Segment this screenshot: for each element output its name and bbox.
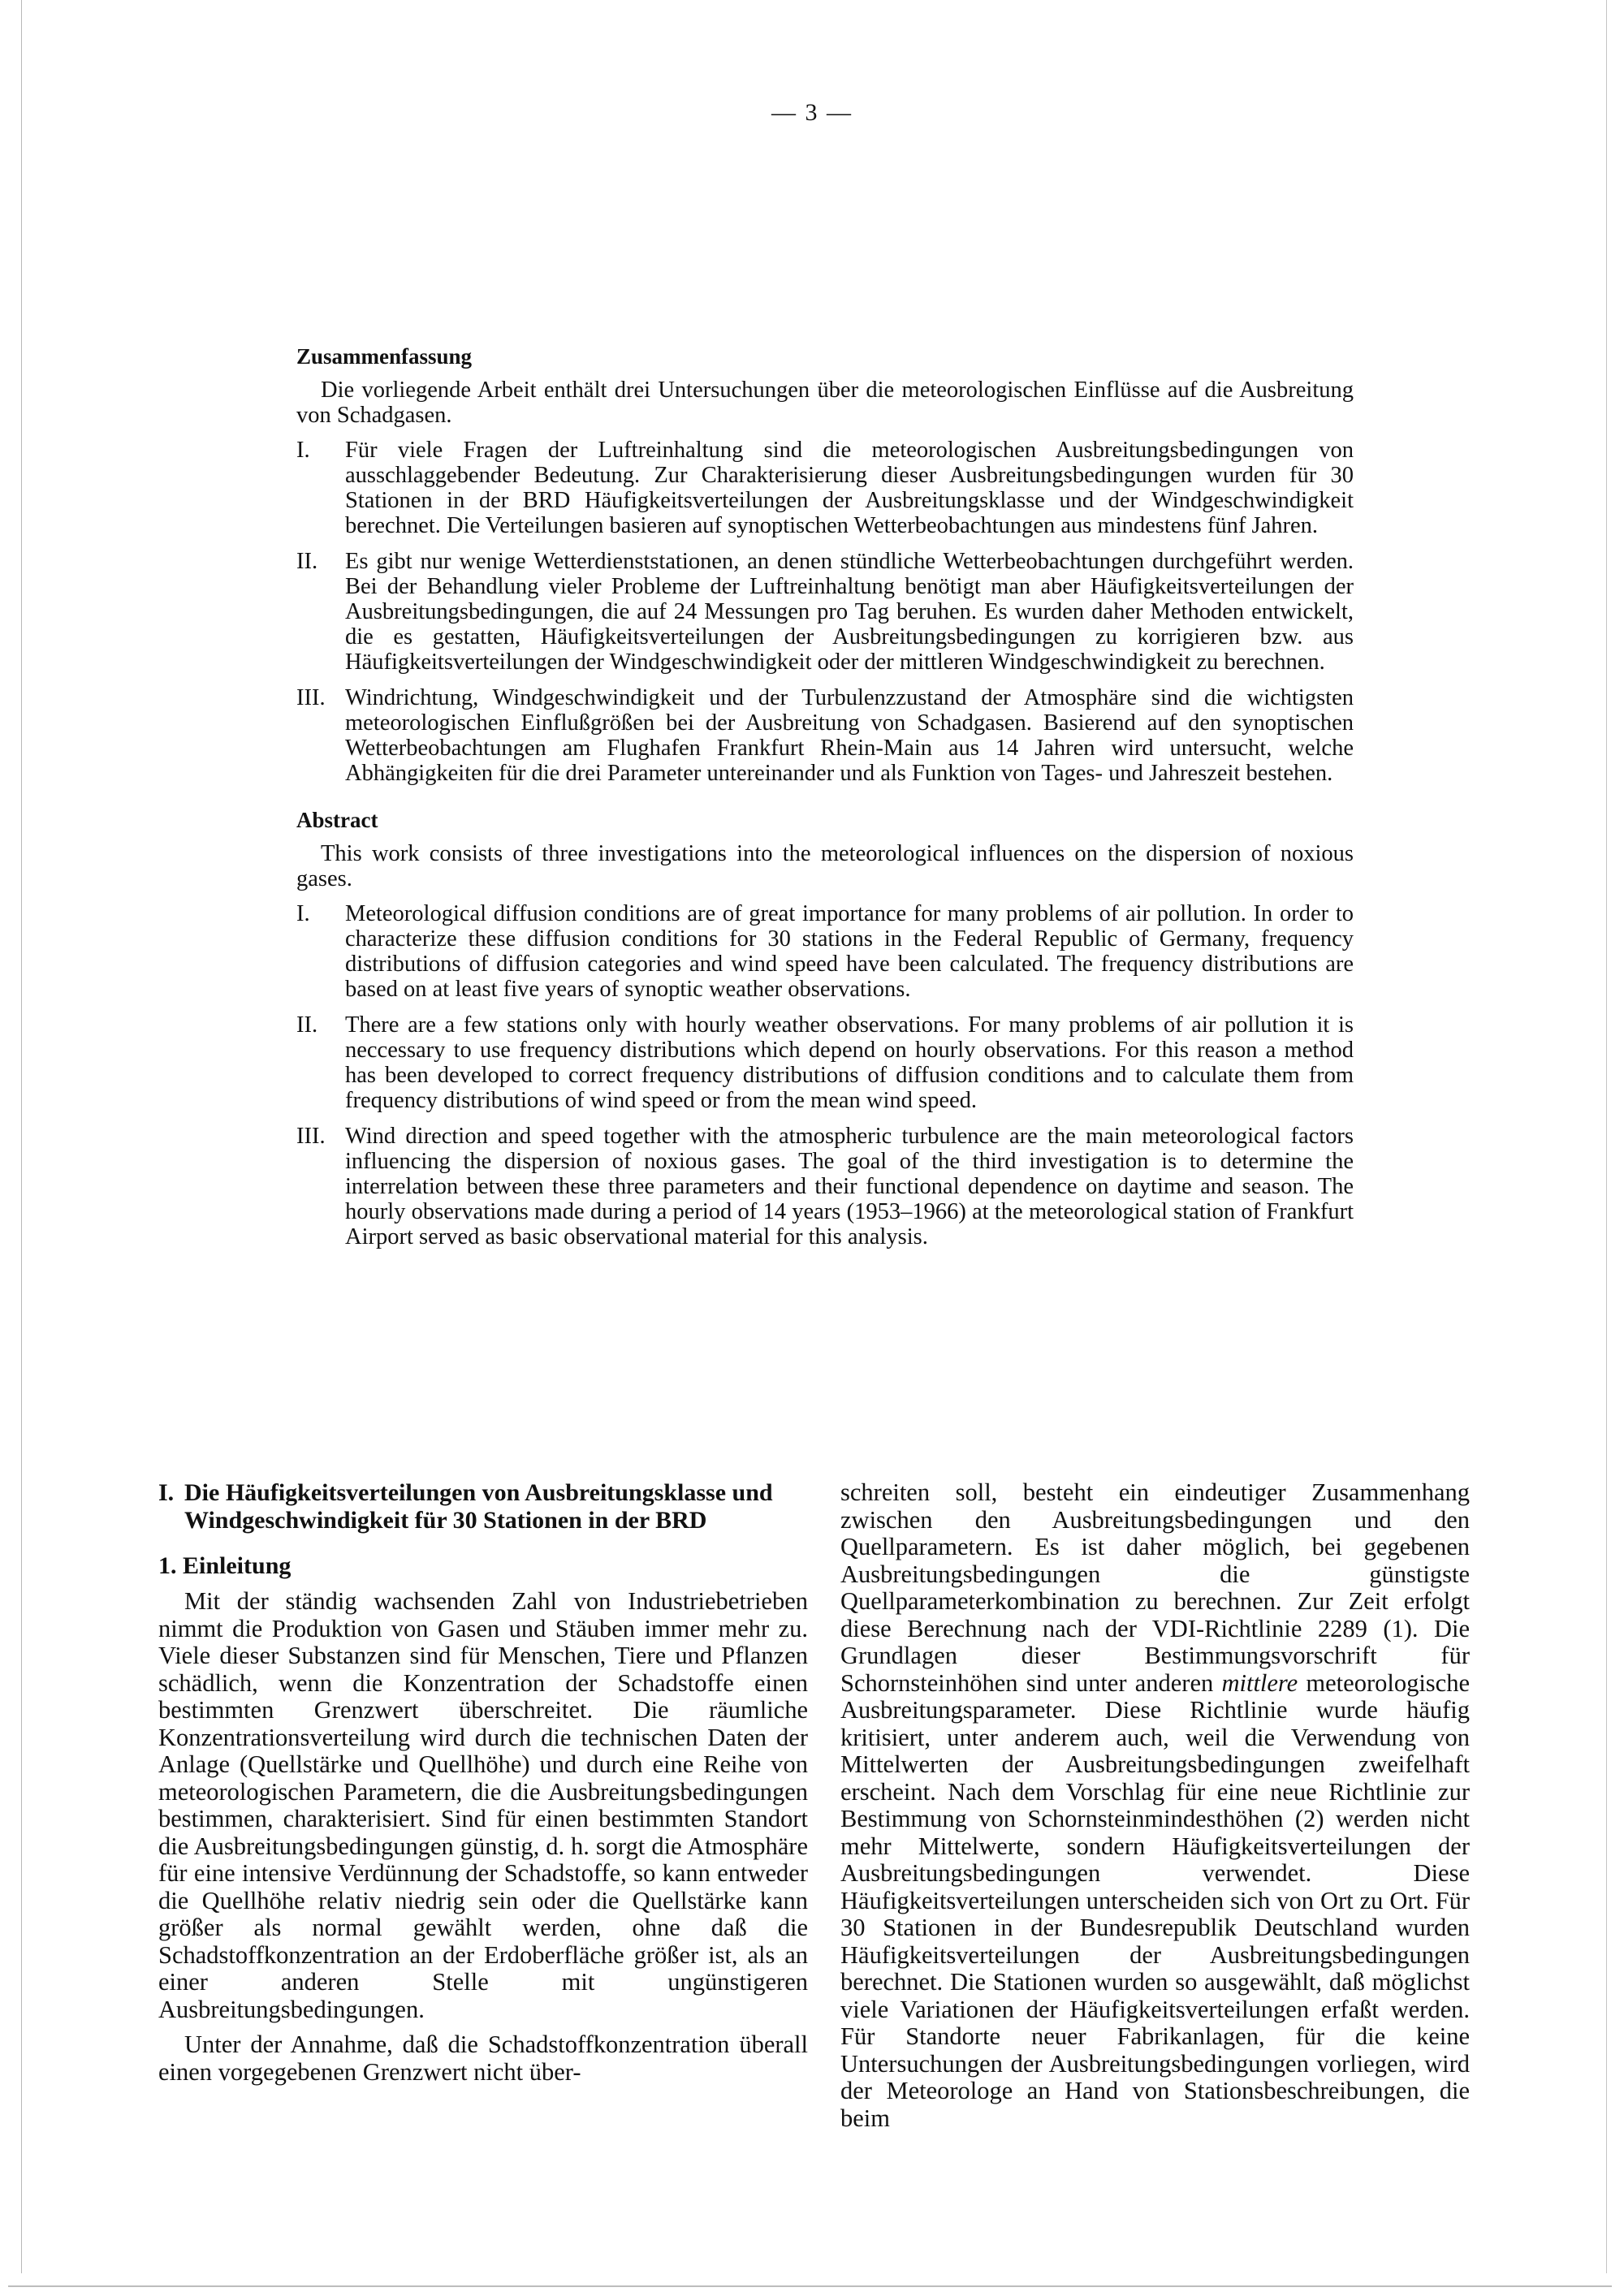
body-text: schreiten soll, besteht ein eindeutiger … bbox=[840, 1478, 1470, 1697]
scan-border-left bbox=[21, 0, 22, 2273]
section-gap bbox=[296, 796, 1354, 808]
item-number: I. bbox=[296, 438, 345, 538]
body-paragraph: Unter der Annahme, daß die Schadstoffkon… bbox=[158, 2031, 808, 2086]
abstract-item: I. Meteorological diffusion conditions a… bbox=[296, 901, 1354, 1002]
chapter-number: I. bbox=[158, 1479, 184, 1534]
body-text: meteorologische Ausbreitungsparameter. D… bbox=[840, 1669, 1470, 2132]
body-paragraph: Mit der ständig wachsenden Zahl von Indu… bbox=[158, 1588, 808, 2023]
zusammenfassung-item: II. Es gibt nur wenige Wetterdienststati… bbox=[296, 549, 1354, 675]
emphasis-text: mittlere bbox=[1221, 1669, 1298, 1697]
item-text: Für viele Fragen der Luftreinhaltung sin… bbox=[345, 438, 1354, 538]
zusammenfassung-item: I. Für viele Fragen der Luftreinhaltung … bbox=[296, 438, 1354, 538]
item-number: II. bbox=[296, 549, 345, 675]
item-number: III. bbox=[296, 685, 345, 786]
item-text: There are a few stations only with hourl… bbox=[345, 1012, 1354, 1113]
scan-border-bottom bbox=[8, 2285, 1612, 2287]
page-number: — 3 — bbox=[0, 99, 1624, 127]
abstract-item: III. Wind direction and speed together w… bbox=[296, 1124, 1354, 1249]
chapter-heading: I. Die Häufigkeitsverteilungen von Ausbr… bbox=[158, 1479, 808, 1534]
item-number: III. bbox=[296, 1124, 345, 1249]
item-text: Wind direction and speed together with t… bbox=[345, 1124, 1354, 1249]
zusammenfassung-item: III. Windrichtung, Windgeschwindigkeit u… bbox=[296, 685, 1354, 786]
scan-border-right bbox=[1606, 0, 1607, 2273]
item-number: II. bbox=[296, 1012, 345, 1113]
zusammenfassung-intro: Die vorliegende Arbeit enthält drei Unte… bbox=[296, 378, 1354, 428]
item-text: Meteorological diffusion conditions are … bbox=[345, 901, 1354, 1002]
summary-block: Zusammenfassung Die vorliegende Arbeit e… bbox=[296, 344, 1354, 1260]
item-text: Es gibt nur wenige Wetterdienststationen… bbox=[345, 549, 1354, 675]
left-column: I. Die Häufigkeitsverteilungen von Ausbr… bbox=[158, 1479, 808, 2094]
right-column: schreiten soll, besteht ein eindeutiger … bbox=[840, 1479, 1470, 2132]
abstract-item: II. There are a few stations only with h… bbox=[296, 1012, 1354, 1113]
section-heading: 1. Einleitung bbox=[158, 1552, 808, 1580]
chapter-title: Die Häufigkeitsverteilungen von Ausbreit… bbox=[184, 1479, 808, 1534]
item-text: Windrichtung, Windgeschwindigkeit und de… bbox=[345, 685, 1354, 786]
item-number: I. bbox=[296, 901, 345, 1002]
zusammenfassung-heading: Zusammenfassung bbox=[296, 344, 1354, 369]
abstract-intro: This work consists of three investigatio… bbox=[296, 841, 1354, 891]
abstract-heading: Abstract bbox=[296, 808, 1354, 833]
